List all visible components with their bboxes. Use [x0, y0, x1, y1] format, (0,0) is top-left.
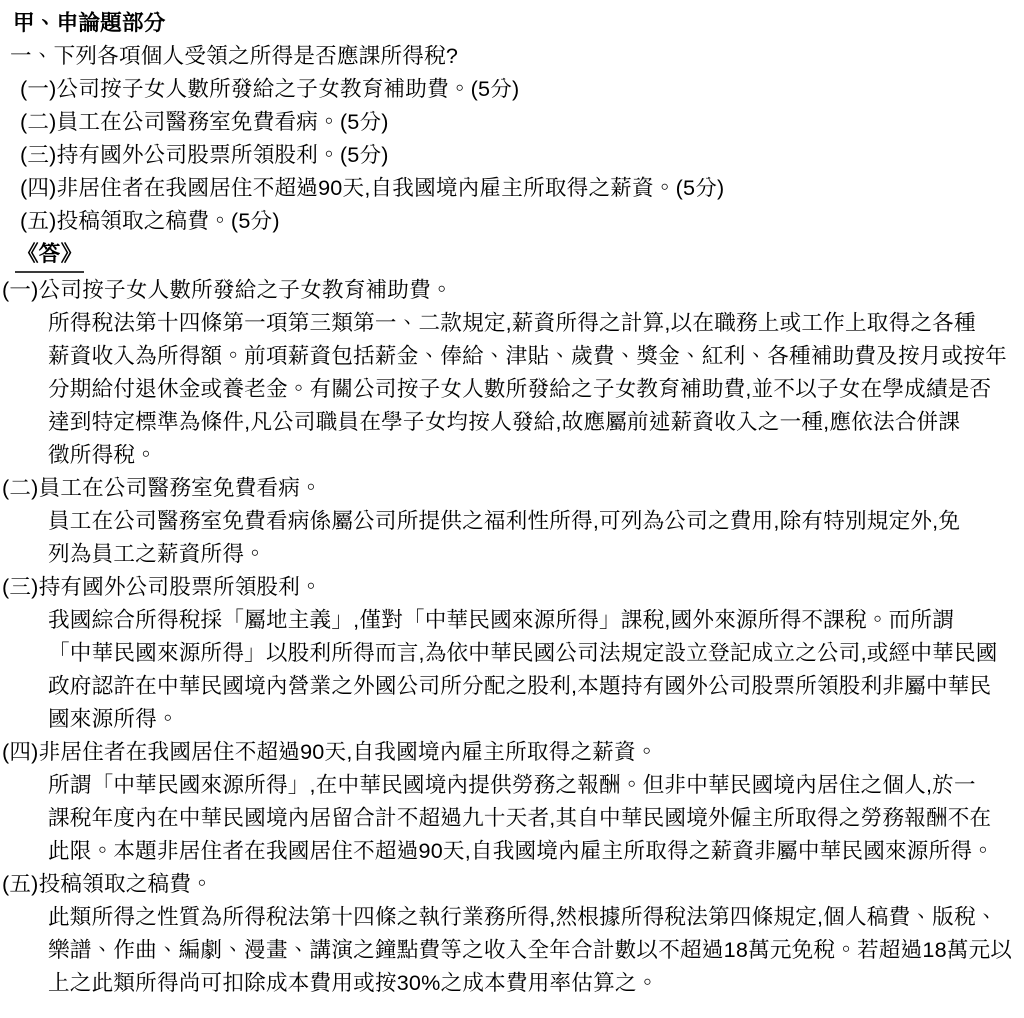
answer-heading-1: (一)公司按子女人數所發給之子女教育補助費。	[0, 273, 1024, 306]
answer-line: 所得稅法第十四條第一項第三類第一、二款規定,薪資所得之計算,以在職務上或工作上取…	[0, 306, 1024, 339]
question-item-3: (三)持有國外公司股票所領股利。(5分)	[0, 138, 1024, 171]
answer-line: 所謂「中華民國來源所得」,在中華民國境內提供勞務之報酬。但非中華民國境內居住之個…	[0, 768, 1024, 801]
question-item-2: (二)員工在公司醫務室免費看病。(5分)	[0, 105, 1024, 138]
answer-line: 此限。本題非居住者在我國居住不超過90天,自我國境內雇主所取得之薪資非屬中華民國…	[0, 834, 1024, 867]
answer-line: 政府認許在中華民國境內營業之外國公司所分配之股利,本題持有國外公司股票所領股利非…	[0, 669, 1024, 702]
question-item-4: (四)非居住者在我國居住不超過90天,自我國境內雇主所取得之薪資。(5分)	[0, 171, 1024, 204]
answer-line: 我國綜合所得稅採「屬地主義」,僅對「中華民國來源所得」課稅,國外來源所得不課稅。…	[0, 603, 1024, 636]
question-stem: 一、下列各項個人受領之所得是否應課所得稅?	[0, 39, 1024, 72]
answer-line: 課稅年度內在中華民國境內居留合計不超過九十天者,其自中華民國境外僱主所取得之勞務…	[0, 801, 1024, 834]
answer-heading-5: (五)投稿領取之稿費。	[0, 867, 1024, 900]
answer-line: 「中華民國來源所得」以股利所得而言,為依中華民國公司法規定設立登記成立之公司,或…	[0, 636, 1024, 669]
answer-line: 此類所得之性質為所得稅法第十四條之執行業務所得,然根據所得稅法第四條規定,個人稿…	[0, 900, 1024, 933]
answer-line: 分期給付退休金或養老金。有關公司按子女人數所發給之子女教育補助費,並不以子女在學…	[0, 372, 1024, 405]
document-page: 甲、申論題部分 一、下列各項個人受領之所得是否應課所得稅? (一)公司按子女人數…	[0, 0, 1024, 999]
section-heading: 甲、申論題部分	[0, 6, 1024, 39]
answer-label: 《答》	[0, 237, 1024, 273]
answer-line: 上之此類所得尚可扣除成本費用或按30%之成本費用率估算之。	[0, 966, 1024, 999]
answer-line: 樂譜、作曲、編劇、漫畫、講演之鐘點費等之收入全年合計數以不超過18萬元免稅。若超…	[0, 933, 1024, 966]
question-item-5: (五)投稿領取之稿費。(5分)	[0, 204, 1024, 237]
answer-heading-2: (二)員工在公司醫務室免費看病。	[0, 471, 1024, 504]
answer-line: 列為員工之薪資所得。	[0, 537, 1024, 570]
question-item-1: (一)公司按子女人數所發給之子女教育補助費。(5分)	[0, 72, 1024, 105]
answer-label-text: 《答》	[15, 237, 84, 273]
answer-line: 徵所得稅。	[0, 438, 1024, 471]
answer-line: 達到特定標準為條件,凡公司職員在學子女均按人發給,故應屬前述薪資收入之一種,應依…	[0, 405, 1024, 438]
answer-heading-4: (四)非居住者在我國居住不超過90天,自我國境內雇主所取得之薪資。	[0, 735, 1024, 768]
answer-line: 國來源所得。	[0, 702, 1024, 735]
answer-line: 員工在公司醫務室免費看病係屬公司所提供之福利性所得,可列為公司之費用,除有特別規…	[0, 504, 1024, 537]
answer-line: 薪資收入為所得額。前項薪資包括薪金、俸給、津貼、歲費、獎金、紅利、各種補助費及按…	[0, 339, 1024, 372]
answer-heading-3: (三)持有國外公司股票所領股利。	[0, 570, 1024, 603]
